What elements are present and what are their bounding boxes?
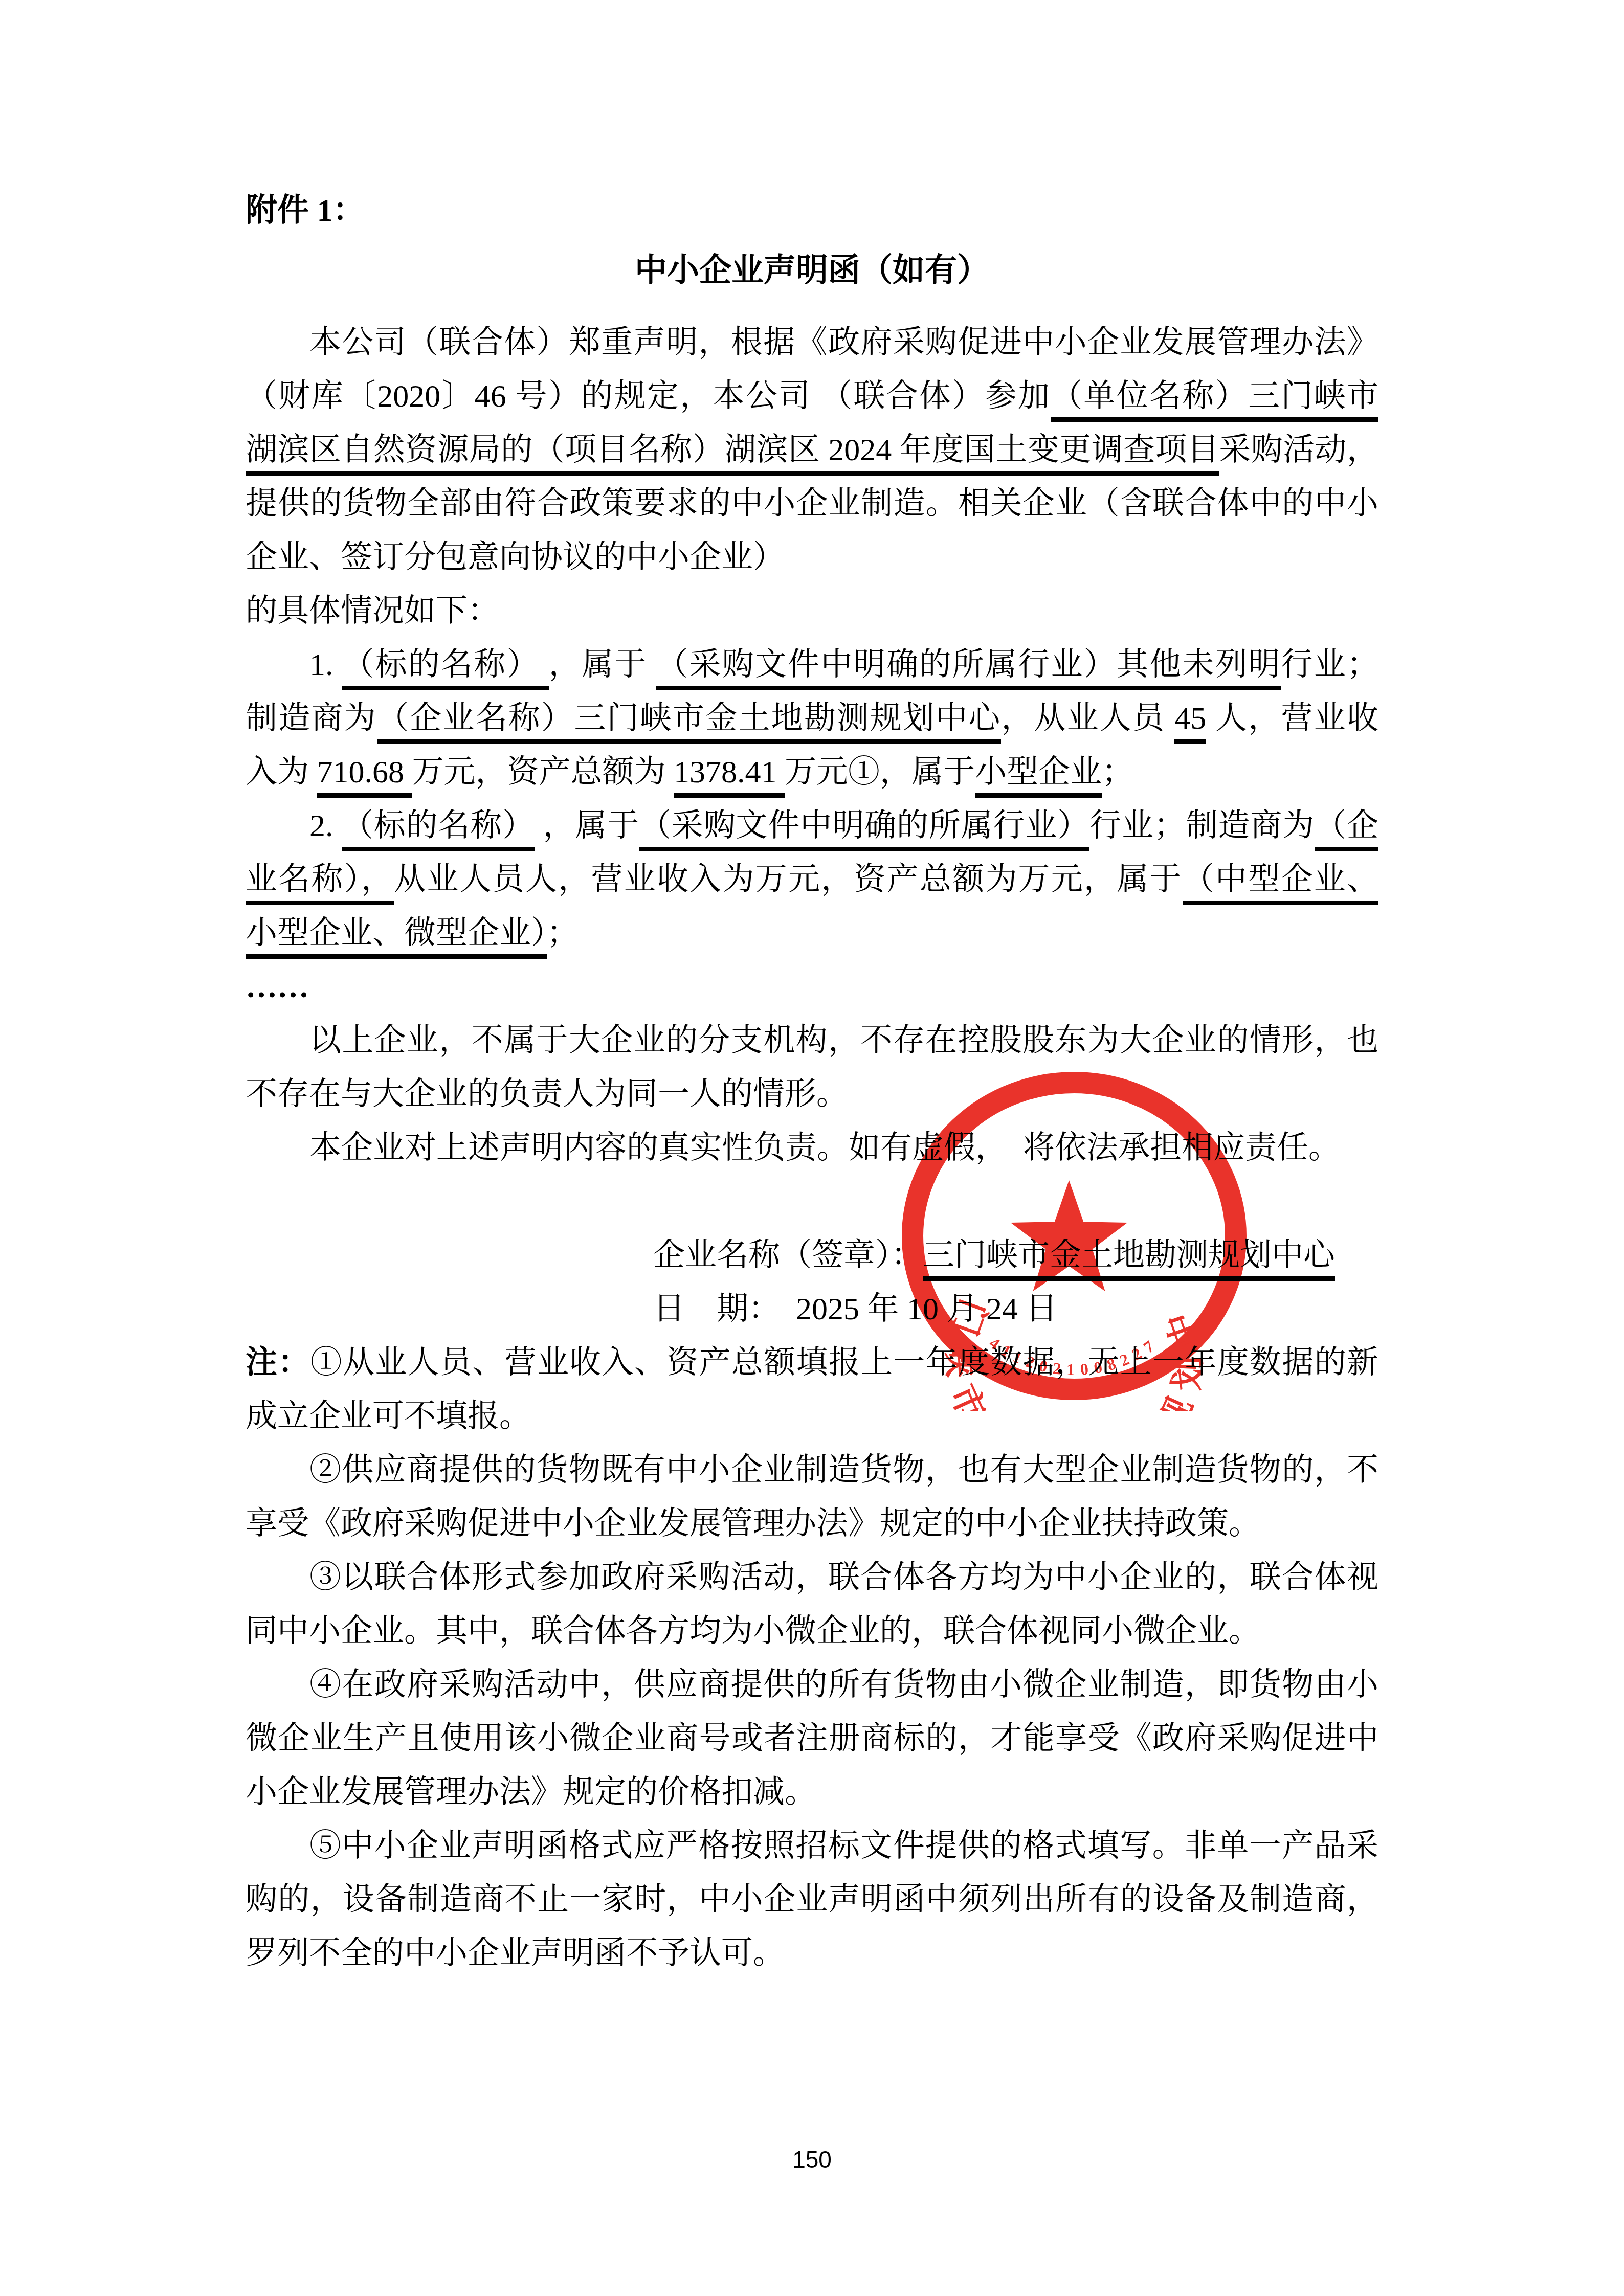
text-run: 入为 — [246, 755, 317, 790]
text-line: ④在政府采购活动中，供应商提供的所有货物由小微企业制造，即货物由小 — [246, 1658, 1378, 1712]
text-run: 企业、签订分包意向协议的中小企业） — [246, 540, 785, 575]
text-line — [246, 1175, 1378, 1229]
text-line: 企业名称（签章）：三门峡市金土地勘测规划中心 — [653, 1229, 1378, 1282]
text-line: 以上企业，不属于大企业的分支机构，不存在控股股东为大企业的情形，也 — [246, 1014, 1378, 1068]
text-line: 湖滨区自然资源局的（项目名称）湖滨区 2024 年度国土变更调查项目采购活动， — [246, 423, 1378, 477]
text-run: ； — [1102, 755, 1133, 790]
fill-in-value: （项目名称）湖滨区 2024 年度国土变更调查项目 — [533, 433, 1219, 476]
fill-in-value: 1378.41 — [674, 755, 785, 798]
text-line: 制造商为（企业名称）三门峡市金土地勘测规划中心，从业人员 45 人，营业收 — [246, 692, 1378, 746]
text-run: 行业； — [1281, 647, 1378, 682]
text-line: 的具体情况如下： — [246, 584, 1378, 638]
text-run: ③以联合体形式参加政府采购活动，联合体各方均为中小企业的，联合体视 — [309, 1560, 1378, 1595]
text-run: 微企业生产且使用该小微企业商号或者注册商标的，才能享受《政府采购促进中 — [246, 1721, 1378, 1756]
page-number: 150 — [0, 2146, 1624, 2173]
text-run: ，从业人员 — [1001, 701, 1174, 736]
text-run: 万元①，属于 — [785, 755, 975, 790]
text-line: （财库〔2020〕46 号）的规定，本公司 （联合体）参加（单位名称）三门峡市 — [246, 370, 1378, 423]
fill-in-value: 三门峡市金土地勘测规划中心 — [923, 1238, 1335, 1281]
text-run: ⑤中小企业声明函格式应严格按照招标文件提供的格式填写。非单一产品采 — [309, 1829, 1378, 1863]
text-line: 小企业发展管理办法》规定的价格扣减。 — [246, 1766, 1378, 1819]
text-run: ④在政府采购活动中，供应商提供的所有货物由小微企业制造，即货物由小 — [309, 1668, 1378, 1702]
text-line: …… — [246, 960, 1378, 1014]
text-line: 成立企业可不填报。 — [246, 1390, 1378, 1444]
text-line: 不存在与大企业的负责人为同一人的情形。 — [246, 1068, 1378, 1121]
fill-in-value: 湖滨区自然资源局的 — [246, 433, 533, 476]
text-run: 罗列不全的中小企业声明函不予认可。 — [246, 1936, 785, 1971]
text-run: 成立企业可不填报。 — [246, 1399, 531, 1434]
text-run: 日 期： 2025 年 10 月 24 日 — [653, 1292, 1058, 1326]
text-line: ③以联合体形式参加政府采购活动，联合体各方均为中小企业的，联合体视 — [246, 1551, 1378, 1605]
text-run: 采购活动， — [1219, 433, 1378, 467]
text-run: 2. — [309, 808, 342, 843]
text-run: 人，营业收 — [1206, 701, 1378, 736]
text-run: （财库〔2020〕46 号）的规定，本公司 （联合体）参加 — [246, 379, 1051, 414]
document-title: 中小企业声明函（如有） — [0, 249, 1624, 291]
text-run: 注： — [246, 1345, 310, 1380]
text-line: 业名称），从业人员人，营业收入为万元，资产总额为万元，属于（中型企业、 — [246, 853, 1378, 907]
text-run: 购的，设备制造商不止一家时，中小企业声明函中须列出所有的设备及制造商， — [246, 1882, 1378, 1917]
text-run: 从业人员人，营业收入为万元，资产总额为万元，属于 — [394, 862, 1183, 897]
text-run: 企业名称（签章）： — [653, 1238, 923, 1273]
fill-in-value: （企 — [1315, 808, 1378, 851]
fill-in-value: （单位名称）三门峡市 — [1051, 379, 1378, 422]
text-run: 享受《政府采购促进中小企业发展管理办法》规定的中小企业扶持政策。 — [246, 1506, 1260, 1541]
text-line: 注：①从业人员、营业收入、资产总额填报上一年度数据，无上一年度数据的新 — [246, 1336, 1378, 1390]
text-run: 1. — [309, 647, 342, 682]
fill-in-value: 业名称）， — [246, 862, 394, 905]
fill-in-value: （企业名称）三门峡市金土地勘测规划中心 — [377, 701, 1001, 744]
text-run: …… — [246, 970, 309, 1004]
text-run: 不存在与大企业的负责人为同一人的情形。 — [246, 1077, 848, 1112]
text-run: 本企业对上述声明内容的真实性负责。如有虚假， 将依法承担相应责任。 — [309, 1131, 1340, 1165]
fill-in-value: （标的名称） — [342, 808, 535, 851]
text-line: ⑤中小企业声明函格式应严格按照招标文件提供的格式填写。非单一产品采 — [246, 1819, 1378, 1873]
text-run: 行业；制造商为 — [1089, 808, 1315, 843]
text-run: 同中小企业。其中，联合体各方均为小微企业的，联合体视同小微企业。 — [246, 1614, 1260, 1649]
text-line: 2. （标的名称） ，属于（采购文件中明确的所属行业）行业；制造商为（企 — [246, 799, 1378, 853]
text-line: 同中小企业。其中，联合体各方均为小微企业的，联合体视同小微企业。 — [246, 1605, 1378, 1658]
text-run: 本公司（联合体）郑重声明，根据《政府采购促进中小企业发展管理办法》 — [309, 325, 1378, 360]
text-line: 小型企业、微型企业）； — [246, 907, 1378, 960]
text-run: 的具体情况如下： — [246, 594, 499, 628]
text-run: ，属于 — [535, 808, 639, 843]
text-line: 本公司（联合体）郑重声明，根据《政府采购促进中小企业发展管理办法》 — [246, 316, 1378, 370]
text-run: 以上企业，不属于大企业的分支机构，不存在控股股东为大企业的情形，也 — [309, 1023, 1378, 1058]
fill-in-value: 710.68 — [317, 755, 412, 798]
text-line: 企业、签订分包意向协议的中小企业） — [246, 531, 1378, 584]
fill-in-value: （中型企业、 — [1183, 862, 1378, 905]
text-line: 微企业生产且使用该小微企业商号或者注册商标的，才能享受《政府采购促进中 — [246, 1712, 1378, 1766]
text-run: 小企业发展管理办法》规定的价格扣减。 — [246, 1775, 816, 1810]
fill-in-value: 小型企业 — [975, 755, 1102, 798]
text-run: 制造商为 — [246, 701, 377, 736]
document-lines: 本公司（联合体）郑重声明，根据《政府采购促进中小企业发展管理办法》（财库〔202… — [246, 316, 1378, 1980]
fill-in-value: （采购文件中明确的所属行业）其他未列明 — [656, 647, 1281, 690]
text-line: 入为 710.68 万元，资产总额为 1378.41 万元①，属于小型企业； — [246, 746, 1378, 799]
text-run: ； — [547, 916, 579, 951]
text-line: ②供应商提供的货物既有中小企业制造货物，也有大型企业制造货物的，不 — [246, 1444, 1378, 1497]
text-line: 本企业对上述声明内容的真实性负责。如有虚假， 将依法承担相应责任。 — [246, 1121, 1378, 1175]
text-line: 提供的货物全部由符合政策要求的中小企业制造。相关企业（含联合体中的中小 — [246, 477, 1378, 531]
text-line: 享受《政府采购促进中小企业发展管理办法》规定的中小企业扶持政策。 — [246, 1497, 1378, 1551]
fill-in-value: （采购文件中明确的所属行业） — [639, 808, 1089, 851]
fill-in-value: （标的名称） — [342, 647, 548, 690]
text-line: 罗列不全的中小企业声明函不予认可。 — [246, 1927, 1378, 1980]
document-page: 附件 1： 中小企业声明函（如有） 本公司（联合体）郑重声明，根据《政府采购促进… — [0, 0, 1624, 2296]
text-run: 提供的货物全部由符合政策要求的中小企业制造。相关企业（含联合体中的中小 — [246, 486, 1378, 521]
text-run: ，属于 — [549, 647, 657, 682]
text-line: 日 期： 2025 年 10 月 24 日 — [653, 1282, 1378, 1336]
text-run: 万元，资产总额为 — [412, 755, 674, 790]
text-line: 1. （标的名称） ，属于 （采购文件中明确的所属行业）其他未列明行业； — [246, 638, 1378, 692]
text-run: ①从业人员、营业收入、资产总额填报上一年度数据，无上一年度数据的新 — [310, 1345, 1378, 1380]
attachment-label: 附件 1： — [246, 190, 365, 231]
text-line: 购的，设备制造商不止一家时，中小企业声明函中须列出所有的设备及制造商， — [246, 1873, 1378, 1927]
fill-in-value: 小型企业、微型企业） — [246, 916, 547, 959]
text-run: ②供应商提供的货物既有中小企业制造货物，也有大型企业制造货物的，不 — [309, 1453, 1378, 1488]
fill-in-value: 45 — [1174, 701, 1206, 744]
